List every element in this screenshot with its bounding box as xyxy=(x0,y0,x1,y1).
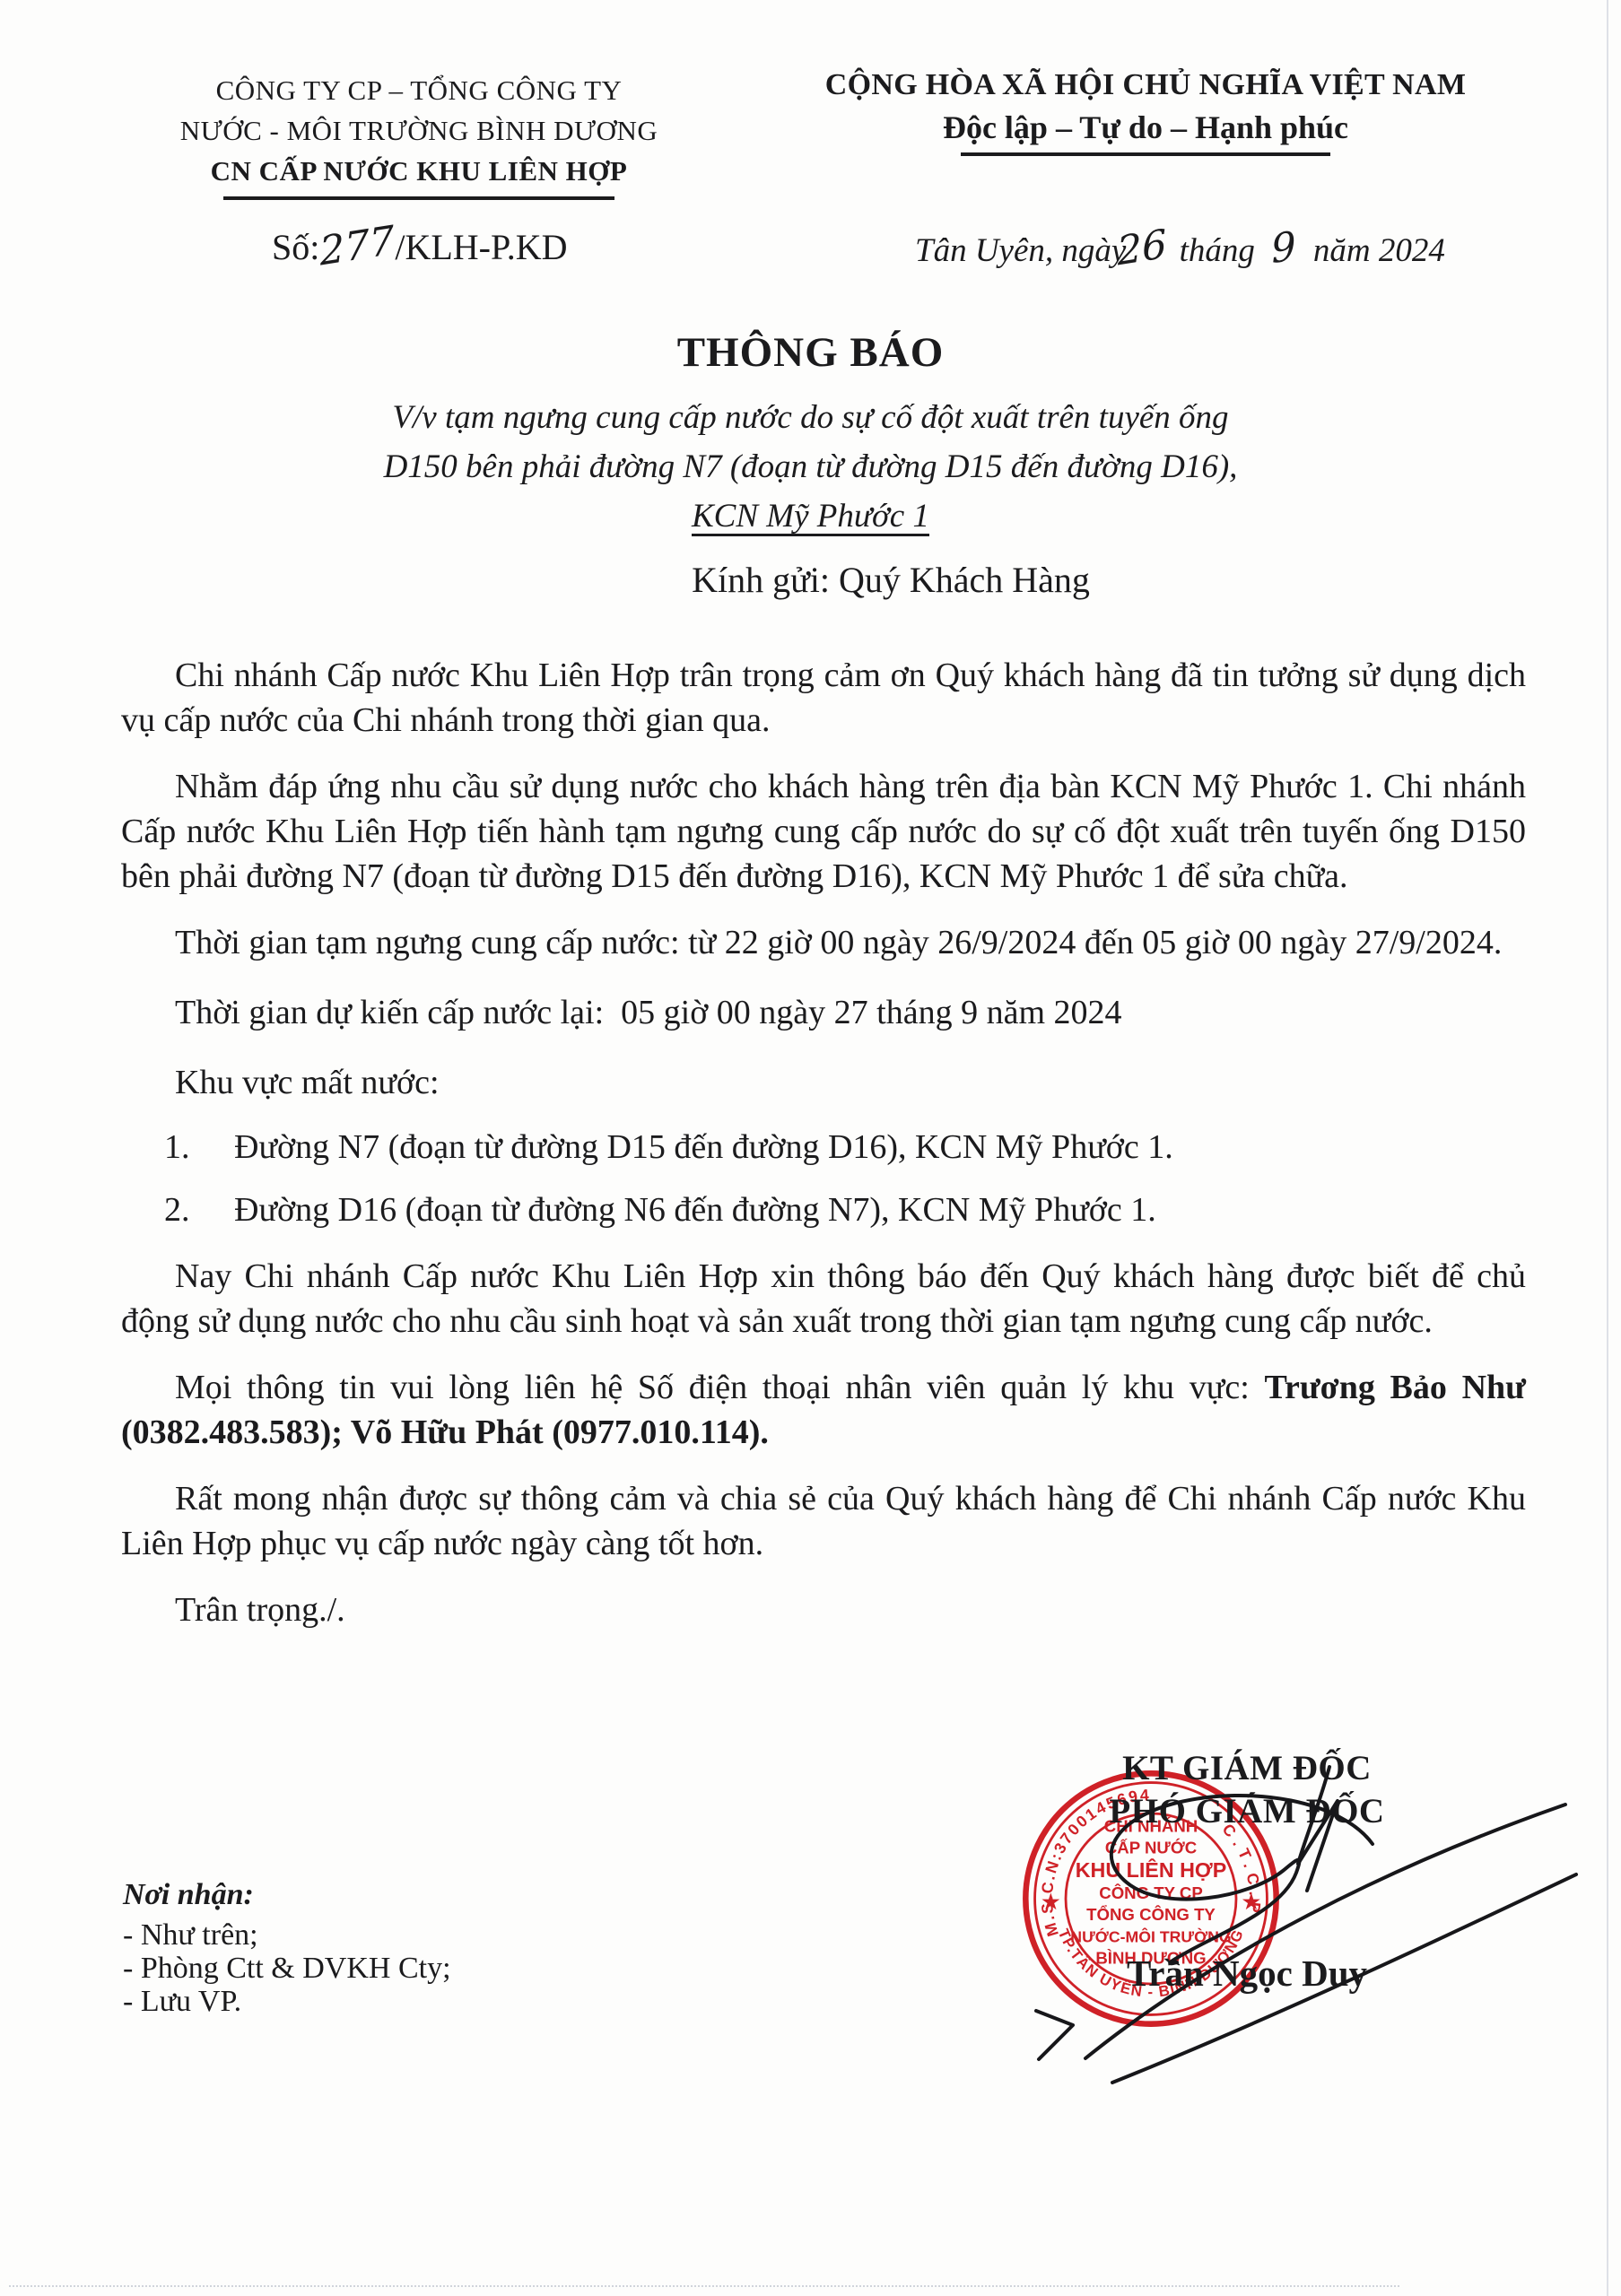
recipients-block: Nơi nhận: - Như trên; - Phòng Ctt & DVKH… xyxy=(123,1878,451,2018)
paragraph-contact: Mọi thông tin vui lòng liên hệ Số điện t… xyxy=(121,1365,1526,1455)
scan-bottom-line xyxy=(9,2285,1399,2287)
recipient-item: - Phòng Ctt & DVKH Cty; xyxy=(123,1952,451,1985)
doc-number-suffix: /KLH-P.KD xyxy=(395,227,567,267)
paragraph-reason: Nhằm đáp ứng nhu cầu sử dụng nước cho kh… xyxy=(121,764,1526,899)
document-subject: V/v tạm ngưng cung cấp nước do sự cố đột… xyxy=(0,393,1621,541)
paragraph-thanks: Chi nhánh Cấp nước Khu Liên Hợp trân trọ… xyxy=(121,653,1526,743)
subject-line-1: V/v tạm ngưng cung cấp nước do sự cố đột… xyxy=(0,393,1621,442)
handwritten-signature xyxy=(987,1749,1621,2108)
salutation: Kính gửi: Quý Khách Hàng xyxy=(121,558,1526,603)
date-prefix: Tân Uyên, ngày xyxy=(915,232,1126,269)
subject-line-3: KCN Mỹ Phước 1 xyxy=(0,491,1621,541)
national-motto-block: CỘNG HÒA XÃ HỘI CHỦ NGHĨA VIỆT NAM Độc l… xyxy=(778,65,1513,156)
list-item-number: 2. xyxy=(164,1187,234,1232)
signature-loop-stroke xyxy=(1111,1796,1373,1963)
letterhead-company-block: CÔNG TY CP – TỔNG CÔNG TY NƯỚC - MÔI TRƯ… xyxy=(96,70,742,200)
signature-long-stroke-lower xyxy=(1112,1874,1576,2083)
signature-zigzag-stroke xyxy=(1298,1767,1338,1891)
recipient-item: - Lưu VP. xyxy=(123,1985,451,2018)
date-suffix: năm 2024 xyxy=(1313,232,1445,269)
company-underline xyxy=(223,196,614,200)
closing-regards: Trân trọng./. xyxy=(121,1587,1526,1632)
date-day-handwritten: 26 xyxy=(1118,245,1167,253)
recipient-item: - Như trên; xyxy=(123,1918,451,1952)
place-date-line: Tân Uyên, ngày26 tháng 9 năm 2024 xyxy=(915,231,1489,270)
affected-area-list: 1. Đường N7 (đoạn từ đường D15 đến đường… xyxy=(121,1125,1526,1232)
motto-underline xyxy=(961,152,1330,156)
recipients-label: Nơi nhận: xyxy=(123,1878,451,1911)
notice-document-page: CÔNG TY CP – TỔNG CÔNG TY NƯỚC - MÔI TRƯ… xyxy=(0,0,1621,2296)
document-title: THÔNG BÁO xyxy=(0,328,1621,377)
paragraph-area-label: Khu vực mất nước: xyxy=(121,1060,1526,1105)
list-item: 2. Đường D16 (đoạn từ đường N6 đến đường… xyxy=(121,1187,1526,1232)
list-item: 1. Đường N7 (đoạn từ đường D15 đến đường… xyxy=(121,1125,1526,1170)
list-item-number: 1. xyxy=(164,1125,234,1170)
paragraph-advice: Nay Chi nhánh Cấp nước Khu Liên Hợp xin … xyxy=(121,1254,1526,1344)
signature-long-stroke-upper xyxy=(1085,1805,1565,2058)
company-branch-name: CN CẤP NƯỚC KHU LIÊN HỢP xyxy=(96,151,742,191)
list-item-text: Đường D16 (đoạn từ đường N6 đến đường N7… xyxy=(234,1187,1156,1232)
paragraph-apology: Rất mong nhận được sự thông cảm và chia … xyxy=(121,1476,1526,1566)
company-line-1: CÔNG TY CP – TỔNG CÔNG TY xyxy=(96,70,742,110)
date-mid: tháng xyxy=(1180,232,1255,269)
doc-number-prefix: Số: xyxy=(272,227,319,267)
subject-line-2: D150 bên phải đường N7 (đoạn từ đường D1… xyxy=(0,442,1621,491)
document-body: Kính gửi: Quý Khách Hàng Chi nhánh Cấp n… xyxy=(121,558,1526,1666)
paragraph-restore-time: Thời gian dự kiến cấp nước lại: 05 giờ 0… xyxy=(121,990,1526,1035)
company-line-2: NƯỚC - MÔI TRƯỜNG BÌNH DƯƠNG xyxy=(96,110,742,151)
paragraph-outage-time: Thời gian tạm ngưng cung cấp nước: từ 22… xyxy=(121,920,1526,965)
doc-number-handwritten: 277 xyxy=(320,240,395,252)
national-motto: Độc lập – Tự do – Hạnh phúc xyxy=(778,106,1513,149)
national-title: CỘNG HÒA XÃ HỘI CHỦ NGHĨA VIỆT NAM xyxy=(778,65,1513,106)
contact-intro: Mọi thông tin vui lòng liên hệ Số điện t… xyxy=(175,1369,1264,1406)
signature-small-stroke xyxy=(1036,2011,1073,2059)
date-month-handwritten: 9 xyxy=(1272,247,1297,250)
list-item-text: Đường N7 (đoạn từ đường D15 đến đường D1… xyxy=(234,1125,1173,1170)
document-number: Số:277/KLH-P.KD xyxy=(272,226,568,268)
